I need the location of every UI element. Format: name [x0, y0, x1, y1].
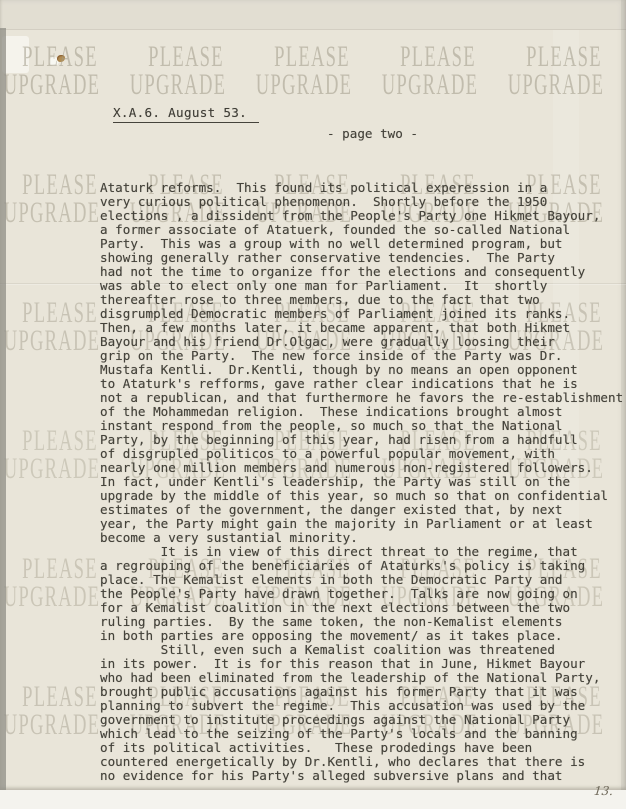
- watermark-word-please: PLEASE: [22, 170, 98, 200]
- typewritten-line: become a very sustantial minority.: [100, 531, 626, 545]
- typewritten-line: It is in view of this direct threat to t…: [100, 545, 626, 559]
- typewritten-line: Ataturk reforms. This found its politica…: [100, 181, 626, 195]
- typewritten-line: instant respond from the people, so much…: [100, 419, 626, 433]
- typewritten-line: place. The Kemalist elements in both the…: [100, 573, 626, 587]
- typewritten-line: in its power. It is for this reason that…: [100, 657, 626, 671]
- typewritten-line: no evidence for his Party's alleged subv…: [100, 769, 626, 783]
- typewritten-line: was able to elect only one man for Parli…: [100, 279, 626, 293]
- typewritten-line: grip on the Party. The new force inside …: [100, 349, 626, 363]
- typewritten-line: a former associate of Atatuerk, founded …: [100, 223, 626, 237]
- typewritten-body: Ataturk reforms. This found its politica…: [100, 181, 626, 783]
- typewritten-line: not a republican, and that furthermore h…: [100, 391, 626, 405]
- typewritten-line: who had been eliminated from the leaders…: [100, 671, 626, 685]
- scanned-document-page: PLEASEUPGRADEPLEASEUPGRADEPLEASEUPGRADEP…: [0, 0, 626, 809]
- typewritten-line: Bayour and his friend Dr.Olgac, were gra…: [100, 335, 626, 349]
- typewritten-line: very curious political phenomenon. Short…: [100, 195, 626, 209]
- paper-sheet: PLEASEUPGRADEPLEASEUPGRADEPLEASEUPGRADEP…: [0, 0, 626, 790]
- typewritten-line: for a Kemalist coalition in the next ele…: [100, 601, 626, 615]
- typewritten-line: had not the time to organize ffor the el…: [100, 265, 626, 279]
- typewritten-line: of disgrupled politicos to a powerful po…: [100, 447, 626, 461]
- watermark-word-please: PLEASE: [22, 298, 98, 328]
- typewritten-line: thereafter rose to three members, due to…: [100, 293, 626, 307]
- paper-blemish: [2, 36, 29, 73]
- watermark-word-upgrade: UPGRADE: [4, 198, 101, 228]
- typewritten-line: Party. This was a group with no well det…: [100, 237, 626, 251]
- watermark-word-please: PLEASE: [22, 682, 98, 712]
- typewritten-line: of its political activities. These prode…: [100, 741, 626, 755]
- page-two-label: - page two -: [327, 126, 418, 141]
- watermark-word-please: PLEASE: [22, 426, 98, 456]
- watermark-word-upgrade: UPGRADE: [4, 582, 101, 612]
- document-reference-heading: X.A.6. August 53.: [113, 105, 259, 123]
- typewritten-line: upgrade by the middle of this year, so m…: [100, 489, 626, 503]
- typewritten-line: to Ataturk's refforms, gave rather clear…: [100, 377, 626, 391]
- scan-left-edge-shadow: [0, 28, 6, 790]
- typewritten-line: Then, a few months later, it became appa…: [100, 321, 626, 335]
- watermark-word-upgrade: UPGRADE: [4, 454, 101, 484]
- scan-right-edge-shadow: [621, 0, 626, 790]
- typewritten-line: government to institute proceedings agai…: [100, 713, 626, 727]
- watermark-word-please: PLEASE: [22, 554, 98, 584]
- typewritten-line: brought public accusations against his f…: [100, 685, 626, 699]
- typewritten-line: In fact, under Kentli's leadership, the …: [100, 475, 626, 489]
- typewritten-line: showing generally rather conservative te…: [100, 251, 626, 265]
- stain-speck: [57, 55, 65, 62]
- typewritten-line: planning to subvert the regime. This acc…: [100, 699, 626, 713]
- typewritten-line: the People's Party have drawn together. …: [100, 587, 626, 601]
- typewritten-line: disgrumpled Democratic members of Parlia…: [100, 307, 626, 321]
- paper-top-fold-band: [0, 0, 626, 30]
- watermark-word-please: PLEASE: [274, 42, 350, 72]
- typewritten-line: nearly one million members and numerous …: [100, 461, 626, 475]
- typewritten-line: estimates of the government, the danger …: [100, 503, 626, 517]
- watermark-word-upgrade: UPGRADE: [4, 326, 101, 356]
- handwritten-page-number: 13.: [593, 784, 614, 798]
- typewritten-line: elections , a dissident from the People'…: [100, 209, 626, 223]
- typewritten-line: of the Mohammedan religion. These indica…: [100, 405, 626, 419]
- typewritten-line: which lead to the seizing of the Party's…: [100, 727, 626, 741]
- watermark-word-upgrade: UPGRADE: [382, 70, 479, 100]
- typewritten-line: countered energetically by Dr.Kentli, wh…: [100, 755, 626, 769]
- watermark-word-upgrade: UPGRADE: [4, 70, 101, 100]
- typewritten-line: Party, by the beginning of this year, ha…: [100, 433, 626, 447]
- watermark-word-please: PLEASE: [400, 42, 476, 72]
- watermark-word-upgrade: UPGRADE: [130, 70, 227, 100]
- typewritten-line: a regrouping of the beneficiaries of Ata…: [100, 559, 626, 573]
- watermark-word-please: PLEASE: [148, 42, 224, 72]
- watermark-word-upgrade: UPGRADE: [256, 70, 353, 100]
- watermark-word-upgrade: UPGRADE: [4, 710, 101, 740]
- typewritten-line: in both parties are opposing the movemen…: [100, 629, 626, 643]
- typewritten-line: Still, even such a Kemalist coalition wa…: [100, 643, 626, 657]
- typewritten-line: year, the Party might gain the majority …: [100, 517, 626, 531]
- typewritten-line: Mustafa Kentli. Dr.Kentli, though by no …: [100, 363, 626, 377]
- typewritten-line: ruling parties. By the same token, the n…: [100, 615, 626, 629]
